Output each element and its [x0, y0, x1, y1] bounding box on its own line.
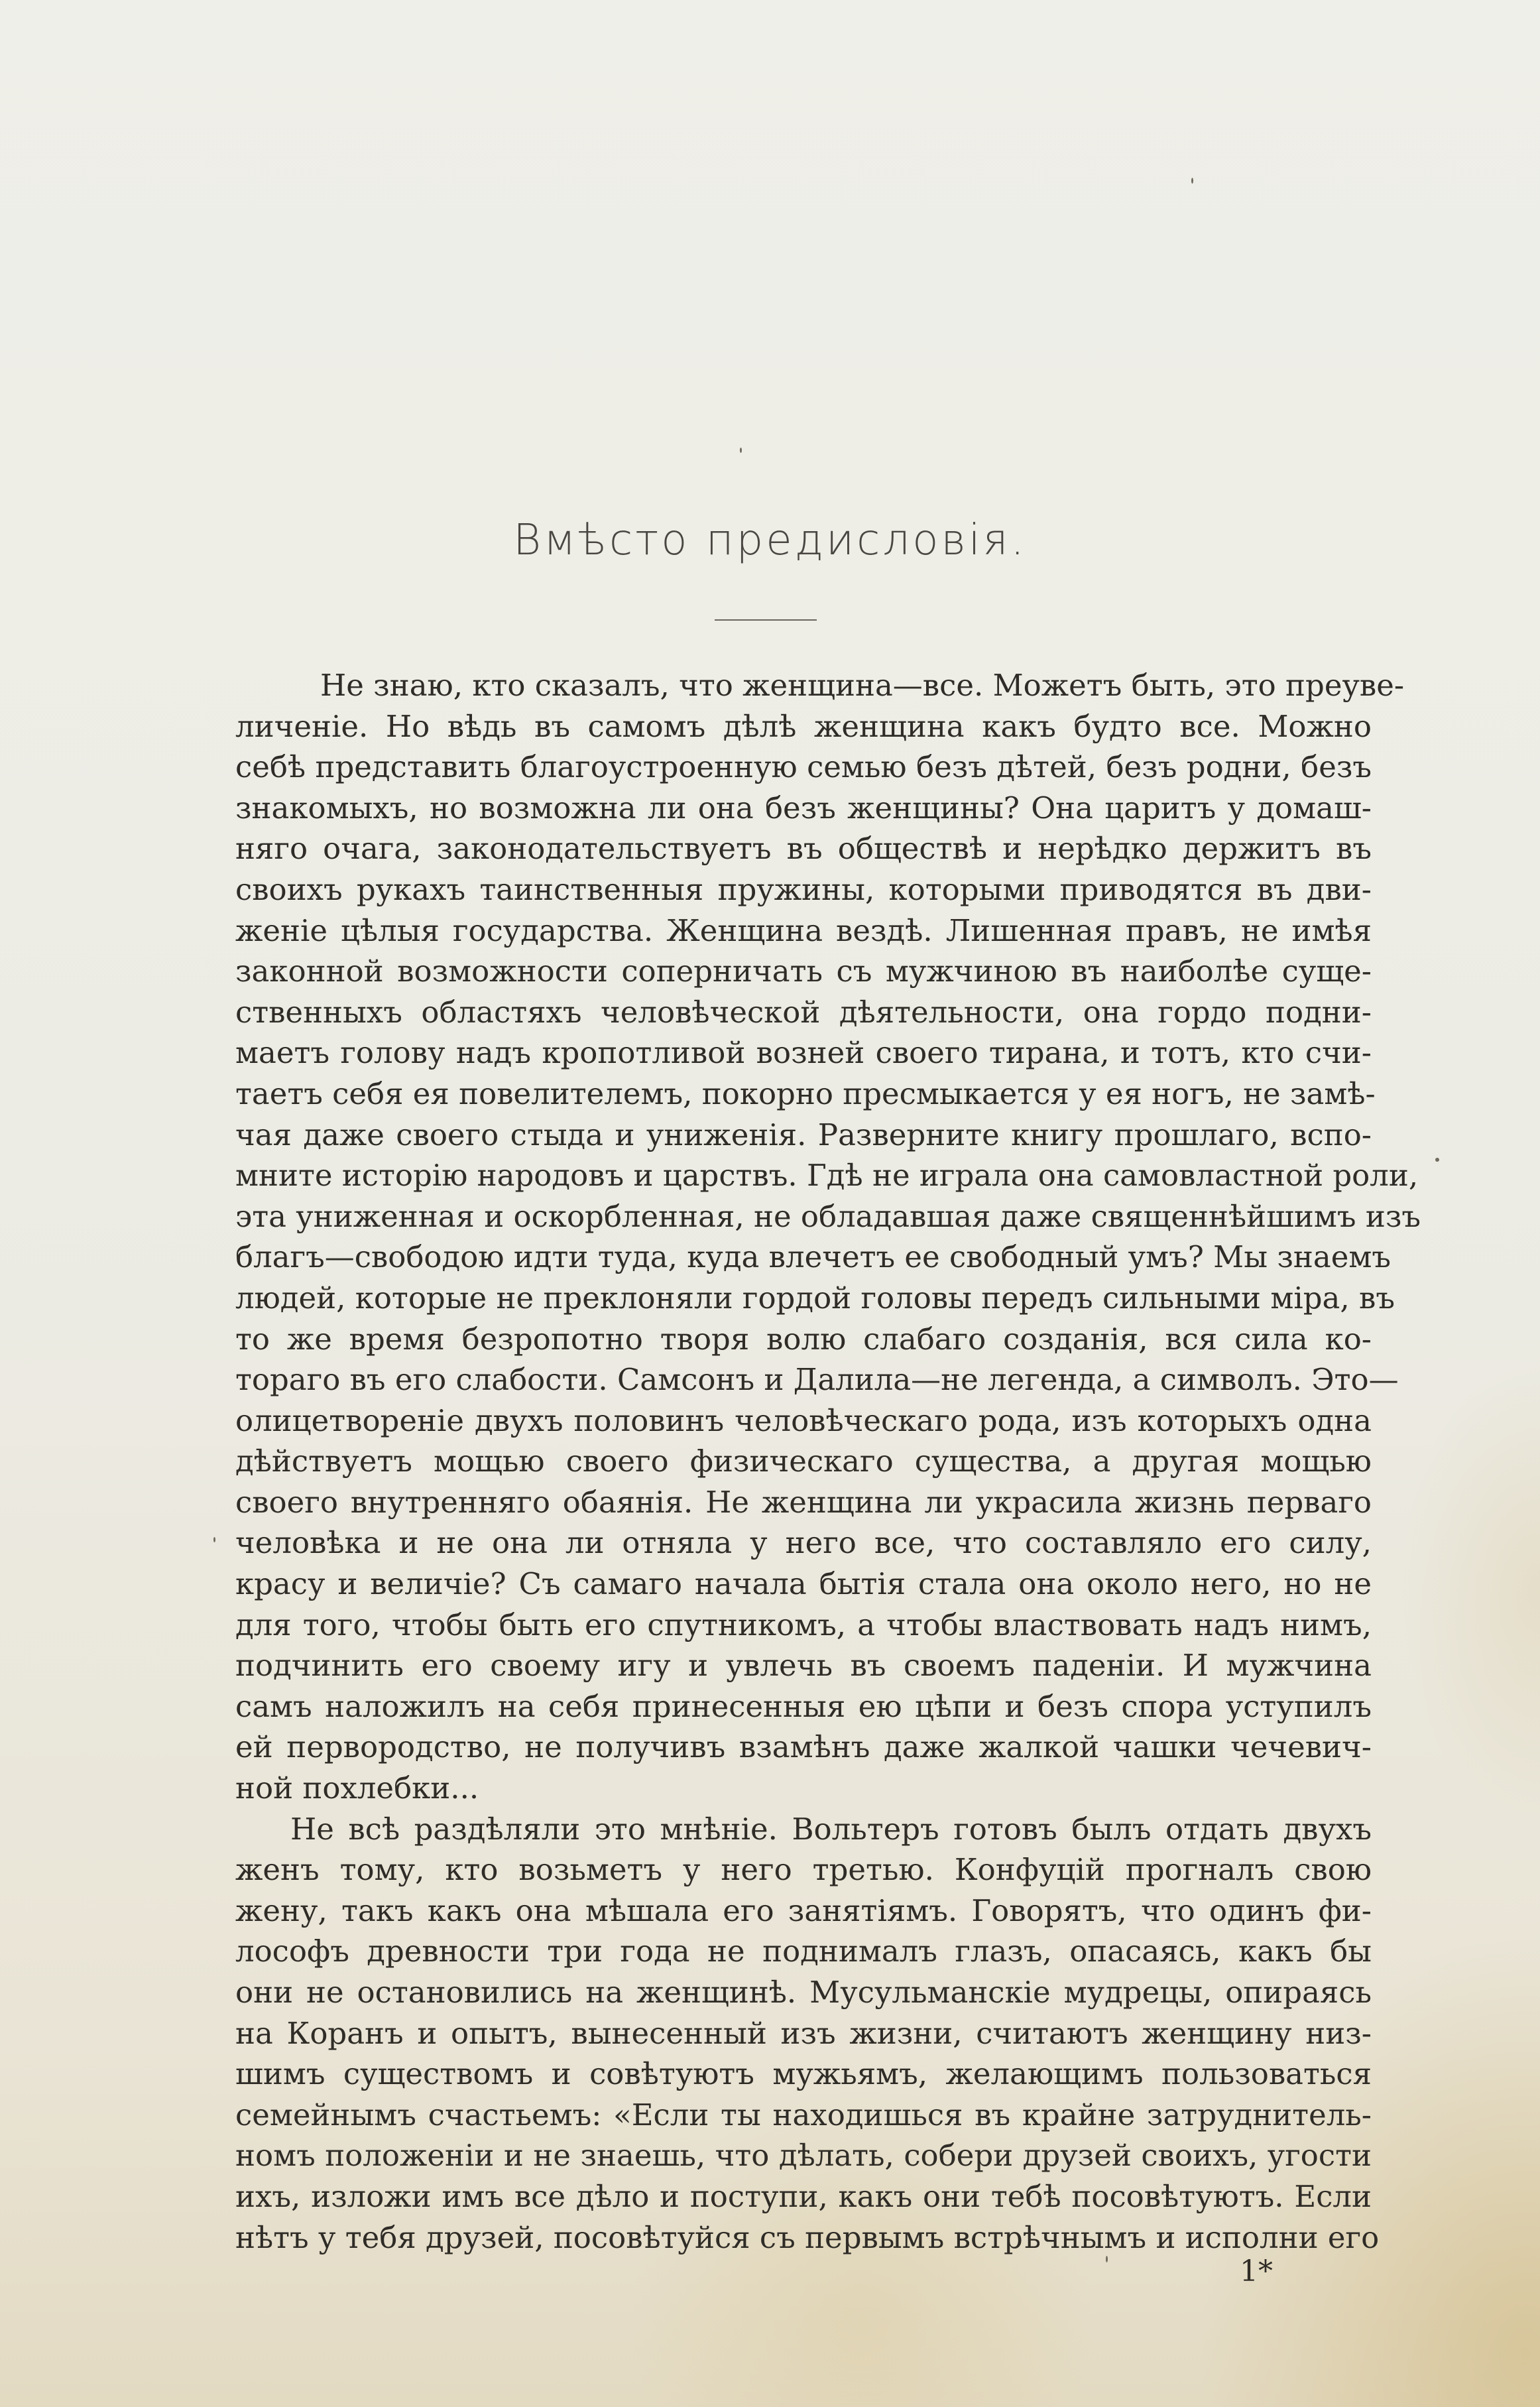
text-line: ихъ, изложи имъ все дѣло и поступи, какъ…	[235, 2176, 1372, 2217]
body-text: Не знаю, кто сказалъ, что женщина—все. М…	[235, 665, 1372, 2258]
text-line: своихъ рукахъ таинственныя пружины, кото…	[235, 869, 1372, 910]
text-line: шимъ существомъ и совѣтуютъ мужьямъ, жел…	[235, 2054, 1372, 2095]
text-line: то же время безропотно творя волю слабаг…	[235, 1319, 1372, 1360]
paper-speck	[213, 1537, 215, 1542]
paragraph-2: Не всѣ раздѣляли это мнѣніе. Вольтеръ го…	[235, 1809, 1372, 2258]
text-line: ной похлебки...	[235, 1768, 1372, 1809]
book-page: Вмѣсто предисловія. Не знаю, кто сказалъ…	[0, 0, 1540, 2407]
text-line: чая даже своего стыда и униженія. Развер…	[235, 1115, 1372, 1156]
text-line: красу и величіе? Съ самаго начала бытія …	[235, 1564, 1372, 1605]
text-line: для того, чтобы быть его спутникомъ, а ч…	[235, 1605, 1372, 1646]
text-line: дѣйствуетъ мощью своего физическаго суще…	[235, 1441, 1372, 1482]
text-line: нѣтъ у тебя друзей, посовѣтуйся съ первы…	[235, 2217, 1372, 2258]
text-line: семейнымъ счастьемъ: «Если ты находишься…	[235, 2095, 1372, 2136]
paper-speck	[740, 448, 742, 453]
text-line: законной возможности соперничать съ мужч…	[235, 951, 1372, 992]
text-line: лософъ древности три года не поднималъ г…	[235, 1931, 1372, 1972]
text-line: номъ положеніи и не знаешь, что дѣлать, …	[235, 2135, 1372, 2176]
text-line: они не остановились на женщинѣ. Мусульма…	[235, 1972, 1372, 2013]
text-line: своего внутренняго обаянія. Не женщина л…	[235, 1482, 1372, 1523]
title-divider-rule	[715, 619, 817, 621]
text-line: таетъ себя ея повелителемъ, покорно прес…	[235, 1074, 1372, 1115]
text-line: знакомыхъ, но возможна ли она безъ женщи…	[235, 788, 1372, 829]
text-line: подчинить его своему игу и увлечь въ сво…	[235, 1645, 1372, 1686]
paper-speck	[1435, 1158, 1439, 1162]
text-line: женіе цѣлыя государства. Женщина вездѣ. …	[235, 910, 1372, 952]
text-line: Не всѣ раздѣляли это мнѣніе. Вольтеръ го…	[235, 1809, 1372, 1850]
text-line: маетъ голову надъ кропотливой возней сво…	[235, 1032, 1372, 1074]
text-line: человѣка и не она ли отняла у него все, …	[235, 1522, 1372, 1564]
paper-speck	[1106, 2256, 1108, 2262]
text-line: на Коранъ и опытъ, вынесенный изъ жизни,…	[235, 2013, 1372, 2054]
text-line: олицетвореніе двухъ половинъ человѣческа…	[235, 1400, 1372, 1442]
text-line: самъ наложилъ на себя принесенныя ею цѣп…	[235, 1686, 1372, 1727]
paragraph-1: Не знаю, кто сказалъ, что женщина—все. М…	[235, 665, 1372, 1809]
text-line: мните исторію народовъ и царствъ. Гдѣ не…	[235, 1155, 1372, 1196]
text-line: тораго въ его слабости. Самсонъ и Далила…	[235, 1359, 1372, 1400]
paper-speck	[1191, 178, 1193, 184]
text-line: ей первородство, не получивъ взамѣнъ даж…	[235, 1727, 1372, 1768]
chapter-title: Вмѣсто предисловія.	[0, 516, 1540, 565]
text-line: жену, такъ какъ она мѣшала его занятіямъ…	[235, 1890, 1372, 1932]
text-line: няго очага, законодательствуетъ въ общес…	[235, 828, 1372, 869]
text-line: личеніе. Но вѣдь въ самомъ дѣлѣ женщина …	[235, 706, 1372, 747]
text-line: эта униженная и оскорбленная, не обладав…	[235, 1196, 1372, 1237]
text-line: ственныхъ областяхъ человѣческой дѣятель…	[235, 992, 1372, 1033]
text-line: людей, которые не преклоняли гордой голо…	[235, 1278, 1372, 1319]
text-line: благъ—свободою идти туда, куда влечетъ е…	[235, 1237, 1372, 1278]
text-line: женъ тому, кто возьметъ у него третью. К…	[235, 1849, 1372, 1890]
page-number: 1*	[1240, 2254, 1273, 2288]
text-line: себѣ представить благоустроенную семью б…	[235, 747, 1372, 788]
text-line: Не знаю, кто сказалъ, что женщина—все. М…	[235, 665, 1372, 706]
